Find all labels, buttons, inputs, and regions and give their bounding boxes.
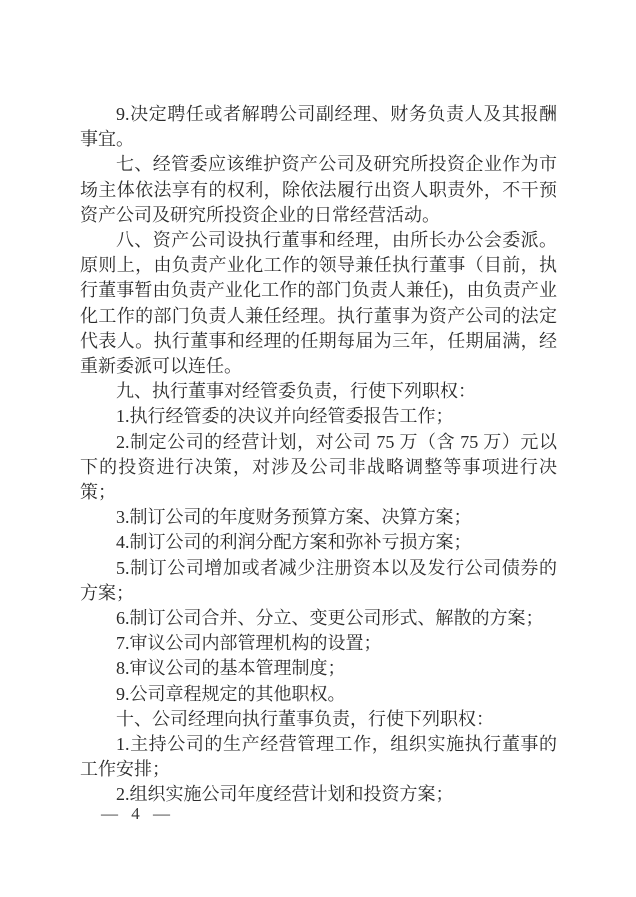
paragraph: 8.审议公司的基本管理制度； xyxy=(80,656,557,681)
paragraph: 八、资产公司设执行董事和经理，由所长办公会委派。原则上，由负责产业化工作的领导兼… xyxy=(80,228,557,379)
paragraph: 1.主持公司的生产经营管理工作，组织实施执行董事的工作安排； xyxy=(80,732,557,782)
document-body: 9.决定聘任或者解聘公司副经理、财务负责人及其报酬事宜。七、经管委应该维护资产公… xyxy=(80,102,557,808)
paragraph: 9.公司章程规定的其他职权。 xyxy=(80,682,557,707)
document-page: 9.决定聘任或者解聘公司副经理、财务负责人及其报酬事宜。七、经管委应该维护资产公… xyxy=(0,0,636,897)
paragraph: 6.制订公司合并、分立、变更公司形式、解散的方案； xyxy=(80,606,557,631)
paragraph: 4.制订公司的利润分配方案和弥补亏损方案； xyxy=(80,530,557,555)
page-number: — 4 — xyxy=(101,803,171,825)
paragraph: 十、公司经理向执行董事负责，行使下列职权： xyxy=(80,707,557,732)
paragraph: 2.制定公司的经营计划，对公司 75 万（含 75 万）元以下的投资进行决策，对… xyxy=(80,430,557,506)
paragraph: 1.执行经管委的决议并向经管委报告工作； xyxy=(80,404,557,429)
paragraph: 7.审议公司内部管理机构的设置； xyxy=(80,631,557,656)
paragraph: 七、经管委应该维护资产公司及研究所投资企业作为市场主体依法享有的权利，除依法履行… xyxy=(80,152,557,228)
paragraph: 9.决定聘任或者解聘公司副经理、财务负责人及其报酬事宜。 xyxy=(80,102,557,152)
paragraph: 3.制订公司的年度财务预算方案、决算方案； xyxy=(80,505,557,530)
paragraph: 5.制订公司增加或者减少注册资本以及发行公司债券的方案； xyxy=(80,556,557,606)
paragraph: 九、执行董事对经管委负责，行使下列职权： xyxy=(80,379,557,404)
